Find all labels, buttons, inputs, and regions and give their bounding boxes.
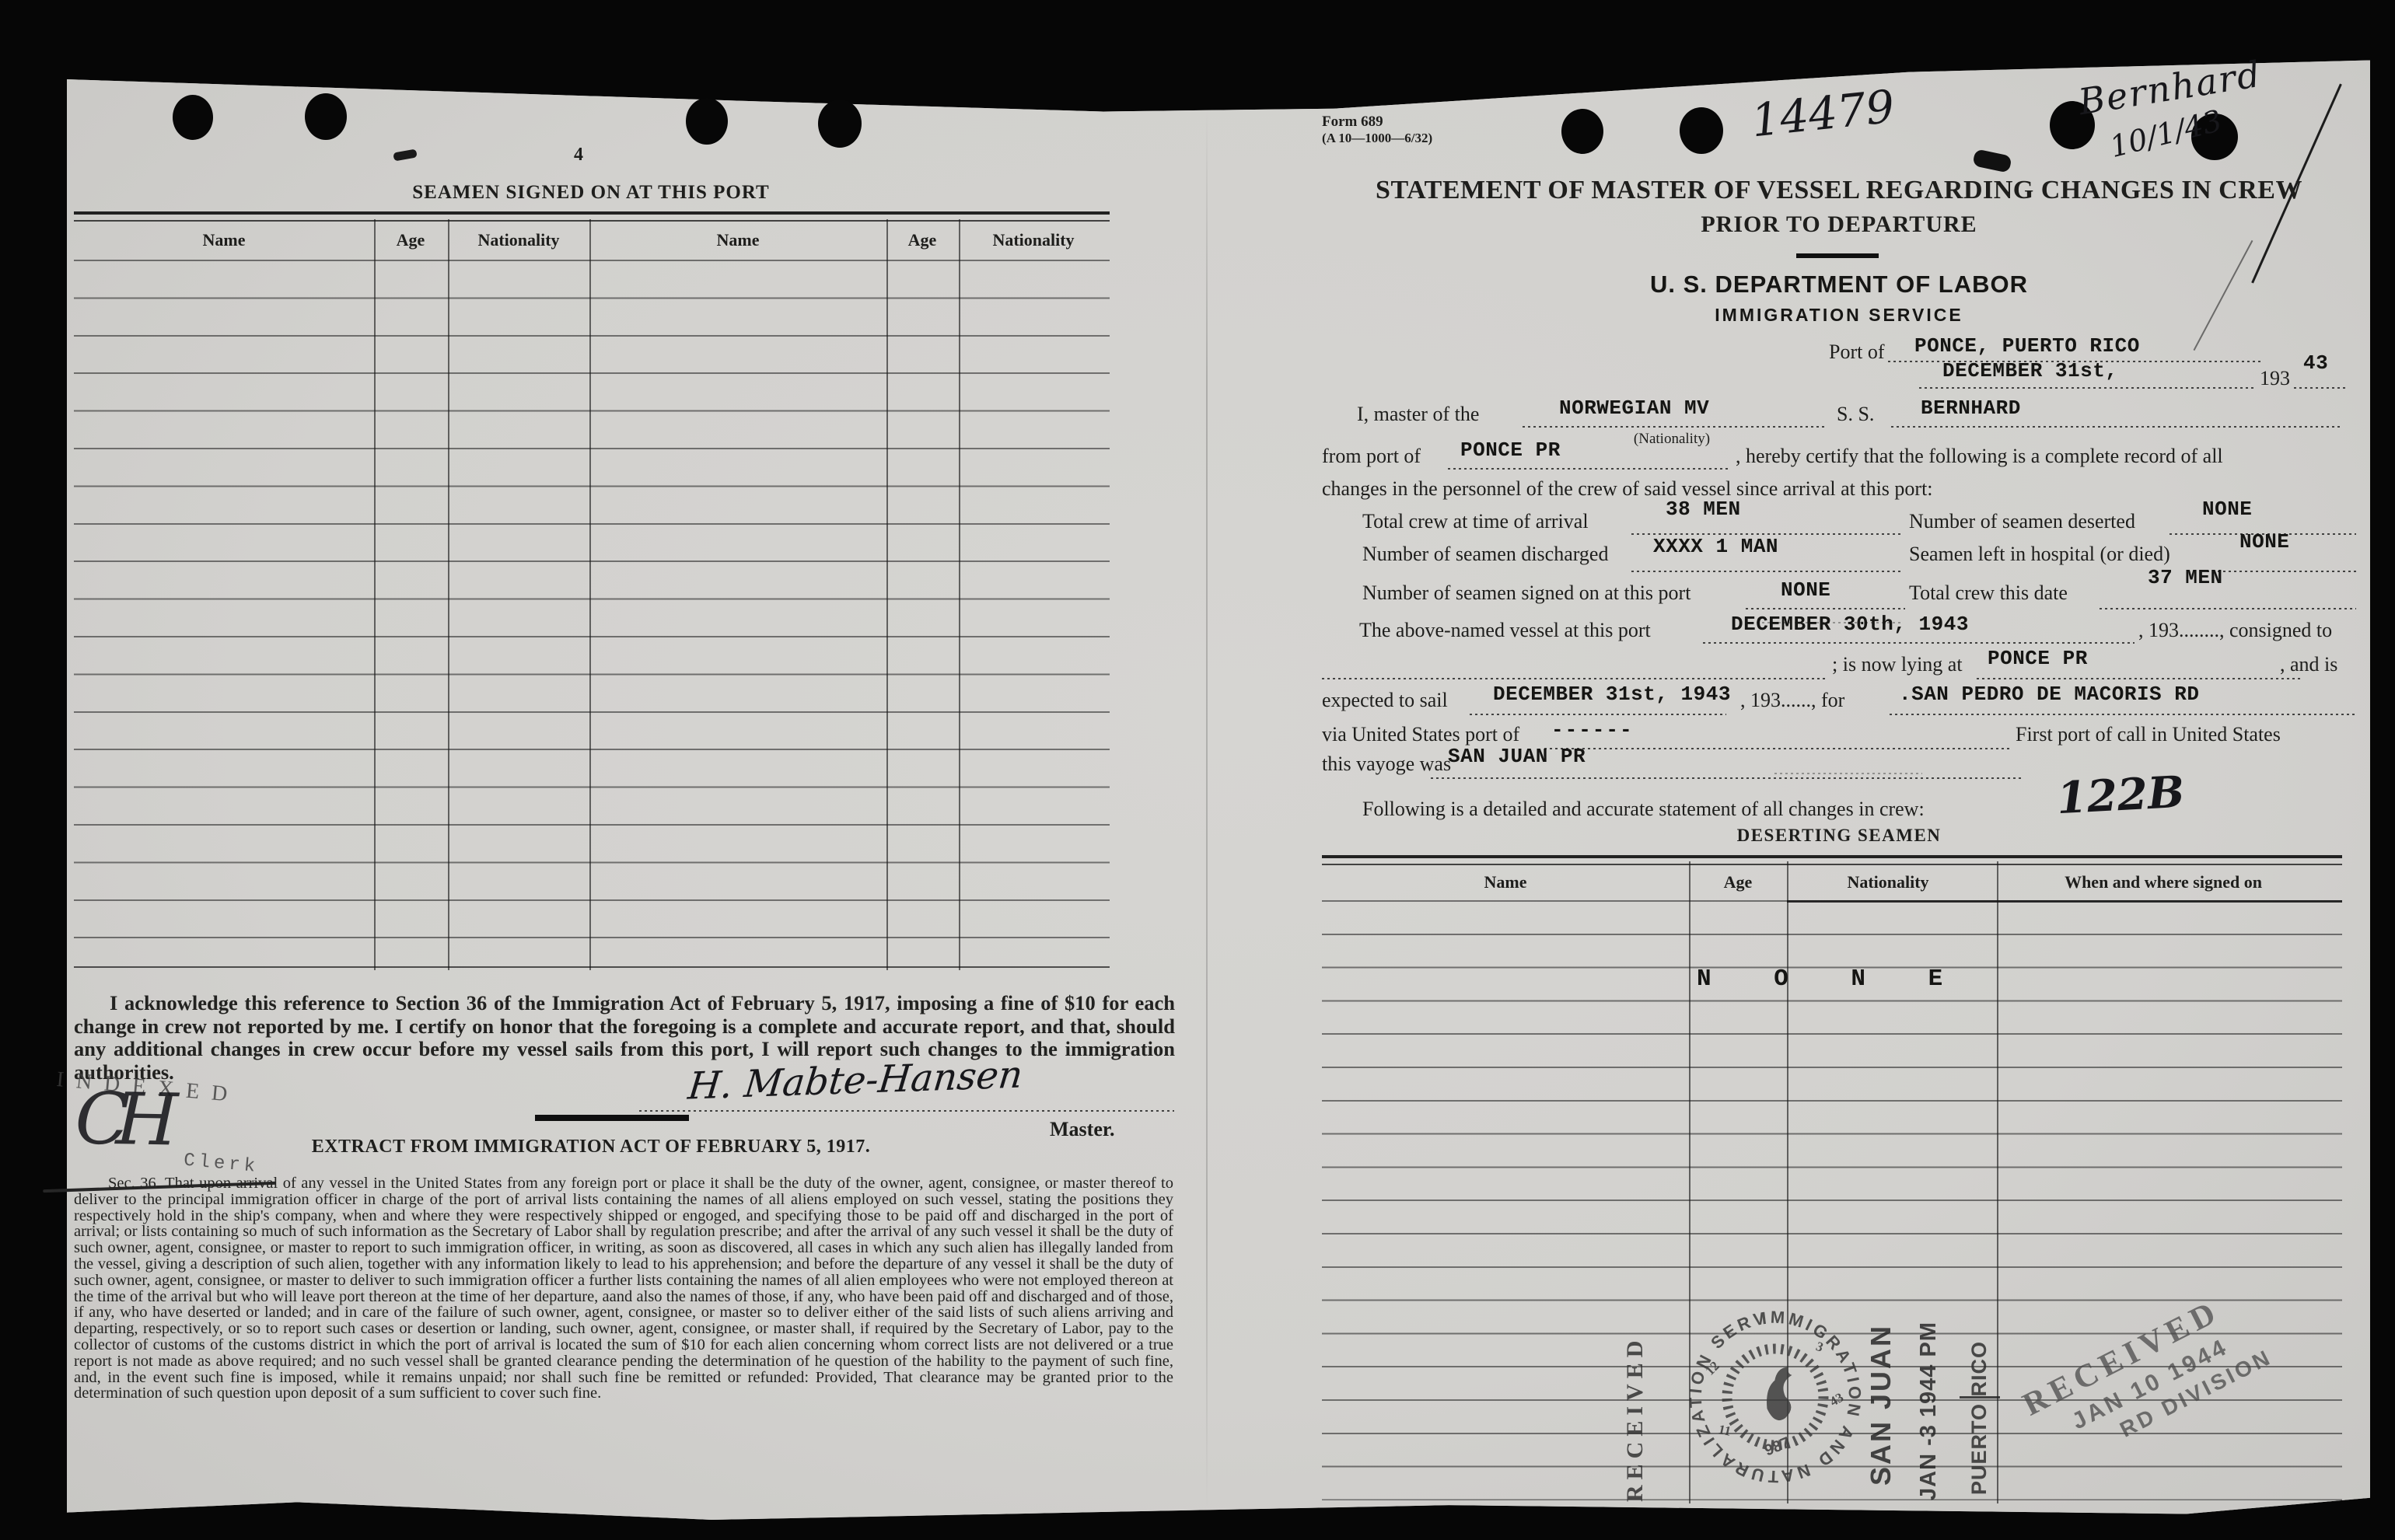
fold-crease [1206, 109, 1208, 1508]
puerto-rico-strike-line [1960, 1396, 2000, 1399]
title-underline [1796, 253, 1879, 258]
table-row-lines [74, 260, 1110, 969]
dotted-leader [2207, 571, 2356, 572]
sail-mid: , 193......, for [1740, 689, 1844, 712]
hole-punch-icon [1561, 109, 1603, 154]
voyage-label: this vayoge was [1322, 753, 1451, 776]
section-separator-bar [535, 1115, 689, 1121]
certify-text: , hereby certify that the following is a… [1736, 445, 2223, 468]
dotted-leader [2294, 387, 2348, 389]
from-port-label: from port of [1322, 445, 1421, 468]
table-top-rule [1322, 855, 2342, 865]
hospital-value: NONE [2239, 530, 2289, 553]
following-text: Following is a detailed and accurate sta… [1362, 798, 1925, 821]
dotted-leader [1977, 678, 2303, 679]
column-header: Nationality [477, 230, 559, 250]
sail-date-value: DECEMBER 31st, 1943 [1493, 683, 1731, 706]
circular-stamp-numbers: 987 [1762, 1434, 1792, 1460]
signed-on-value: NONE [1781, 578, 1830, 602]
hole-punch-icon [173, 95, 213, 140]
received-vertical-stamp: RECEIVED [1622, 1315, 1649, 1502]
form-title-line2: PRIOR TO DEPARTURE [1337, 211, 2341, 238]
lying-value: PONCE PR [1988, 647, 2088, 670]
dotted-leader [1448, 468, 1729, 470]
signature-title: Master. [1050, 1118, 1115, 1141]
dotted-leader [1919, 387, 2255, 389]
port-label: Port of [1829, 340, 1885, 364]
table-top-rule [74, 211, 1110, 222]
column-header: Name [1484, 872, 1527, 892]
circular-immigration-stamp: IMMIGRATION AND NATURALIZATION SERVICE 9… [1663, 1284, 1888, 1510]
voyage-value: SAN JUAN PR [1448, 745, 1586, 768]
column-header: Nationality [992, 230, 1074, 250]
svg-text:43: 43 [1827, 1390, 1846, 1409]
date-value: DECEMBER 31st, [1942, 359, 2117, 382]
discharged-value: XXXX 1 MAN [1653, 535, 1778, 558]
signature-line [639, 1110, 1174, 1112]
form-title-line1: STATEMENT OF MASTER OF VESSEL REGARDING … [1337, 176, 2341, 205]
column-header: Nationality [1847, 872, 1928, 892]
dotted-leader [1431, 777, 2023, 779]
column-header: Age [908, 230, 937, 250]
via-label: via United States port of [1322, 723, 1519, 746]
department-heading: U. S. DEPARTMENT OF LABOR [1337, 271, 2341, 299]
port-value: PONCE, PUERTO RICO [1914, 334, 2140, 358]
dotted-leader [1746, 608, 1905, 609]
vessel-value: BERNHARD [1921, 396, 2021, 420]
certify-text2: changes in the personnel of the crew of … [1322, 477, 1933, 501]
hole-punch-icon [818, 100, 862, 148]
column-header: Name [203, 230, 246, 250]
signed-on-label: Number of seamen signed on at this port [1362, 581, 1690, 605]
dotted-leader [2100, 608, 2356, 609]
dotted-leader [1523, 426, 1824, 428]
service-heading: IMMIGRATION SERVICE [1337, 305, 2341, 326]
first-port-label: First port of call in United States [2016, 723, 2281, 746]
vessel-port-label: The above-named vessel at this port [1359, 619, 1651, 642]
hole-punch-icon [686, 98, 728, 145]
deserted-label: Number of seamen deserted [1909, 510, 2135, 533]
destination-value: .SAN PEDRO DE MACORIS RD [1899, 683, 2199, 706]
table-bottom-line [74, 966, 1110, 968]
sec36-paragraph: Sec. 36. That upon arrival of any vessel… [74, 1175, 1173, 1402]
handwritten-code: 122B [2055, 767, 2185, 825]
svg-text:11: 11 [1717, 1422, 1732, 1439]
total-crew-label: Total crew at time of arrival [1362, 510, 1589, 533]
discharged-label: Number of seamen discharged [1362, 543, 1608, 566]
form-code: (A 10—1000—6/32) [1322, 131, 1432, 146]
scanned-document-page: { "colors": { "paper": "#d3d2cf", "ink":… [0, 0, 2395, 1540]
puerto-rico-stamp: PUERTO RICO [1967, 1320, 1991, 1495]
column-header: Name [717, 230, 760, 250]
lying-label: ; is now lying at [1832, 653, 1963, 676]
hospital-label: Seamen left in hospital (or died) [1909, 543, 2170, 566]
total-date-value: 37 MEN [2148, 566, 2223, 589]
form-number: Form 689 [1322, 113, 1383, 131]
deserting-heading: DESERTING SEAMEN [1337, 826, 2341, 846]
year-value: 43 [2303, 351, 2328, 375]
column-header: Age [397, 230, 425, 250]
hole-punch-icon [305, 93, 347, 140]
san-juan-stamp: SAN JUAN [1865, 1318, 1897, 1486]
total-crew-value: 38 MEN [1666, 498, 1741, 521]
arrival-date-value: DECEMBER 30th, 1943 [1731, 613, 1969, 636]
ss-label: S. S. [1837, 403, 1874, 426]
lying-suffix: , and is [2280, 653, 2337, 676]
stray-dotted-mark [1774, 773, 1922, 774]
dotted-leader [1544, 748, 2011, 749]
consigned-suffix: , 193........, consigned to [2138, 619, 2332, 642]
page-number: 4 [574, 145, 583, 166]
date-stamp: JAN -3 1944 PM [1916, 1306, 1942, 1500]
via-value: ------ [1551, 718, 1634, 742]
column-header: Age [1724, 872, 1753, 892]
deserting-entry-none: N O N E [1697, 966, 1953, 993]
sail-label: expected to sail [1322, 689, 1448, 712]
svg-text:3: 3 [1814, 1339, 1825, 1355]
dotted-leader [1470, 714, 1726, 715]
dotted-leader [1703, 642, 2135, 644]
dotted-leader [1890, 714, 2356, 715]
dotted-leader [1891, 426, 2342, 428]
from-port-value: PONCE PR [1460, 438, 1561, 462]
left-heading: SEAMEN SIGNED ON AT THIS PORT [140, 182, 1042, 204]
nationality-caption: (Nationality) [1586, 431, 1757, 448]
total-date-label: Total crew this date [1909, 581, 2068, 605]
master-label: I, master of the [1357, 403, 1479, 426]
nationality-value: NORWEGIAN MV [1559, 396, 1709, 420]
extract-heading: EXTRACT FROM IMMIGRATION ACT OF FEBRUARY… [124, 1137, 1058, 1158]
column-header: When and where signed on [2065, 872, 2262, 892]
deserted-value: NONE [2202, 498, 2252, 521]
dotted-leader [1631, 571, 1902, 572]
eagle-emblem-icon [1760, 1367, 1799, 1423]
year-prefix: 193 [2260, 367, 2290, 390]
hole-punch-icon [1680, 107, 1723, 154]
dotted-leader [1322, 678, 1827, 679]
